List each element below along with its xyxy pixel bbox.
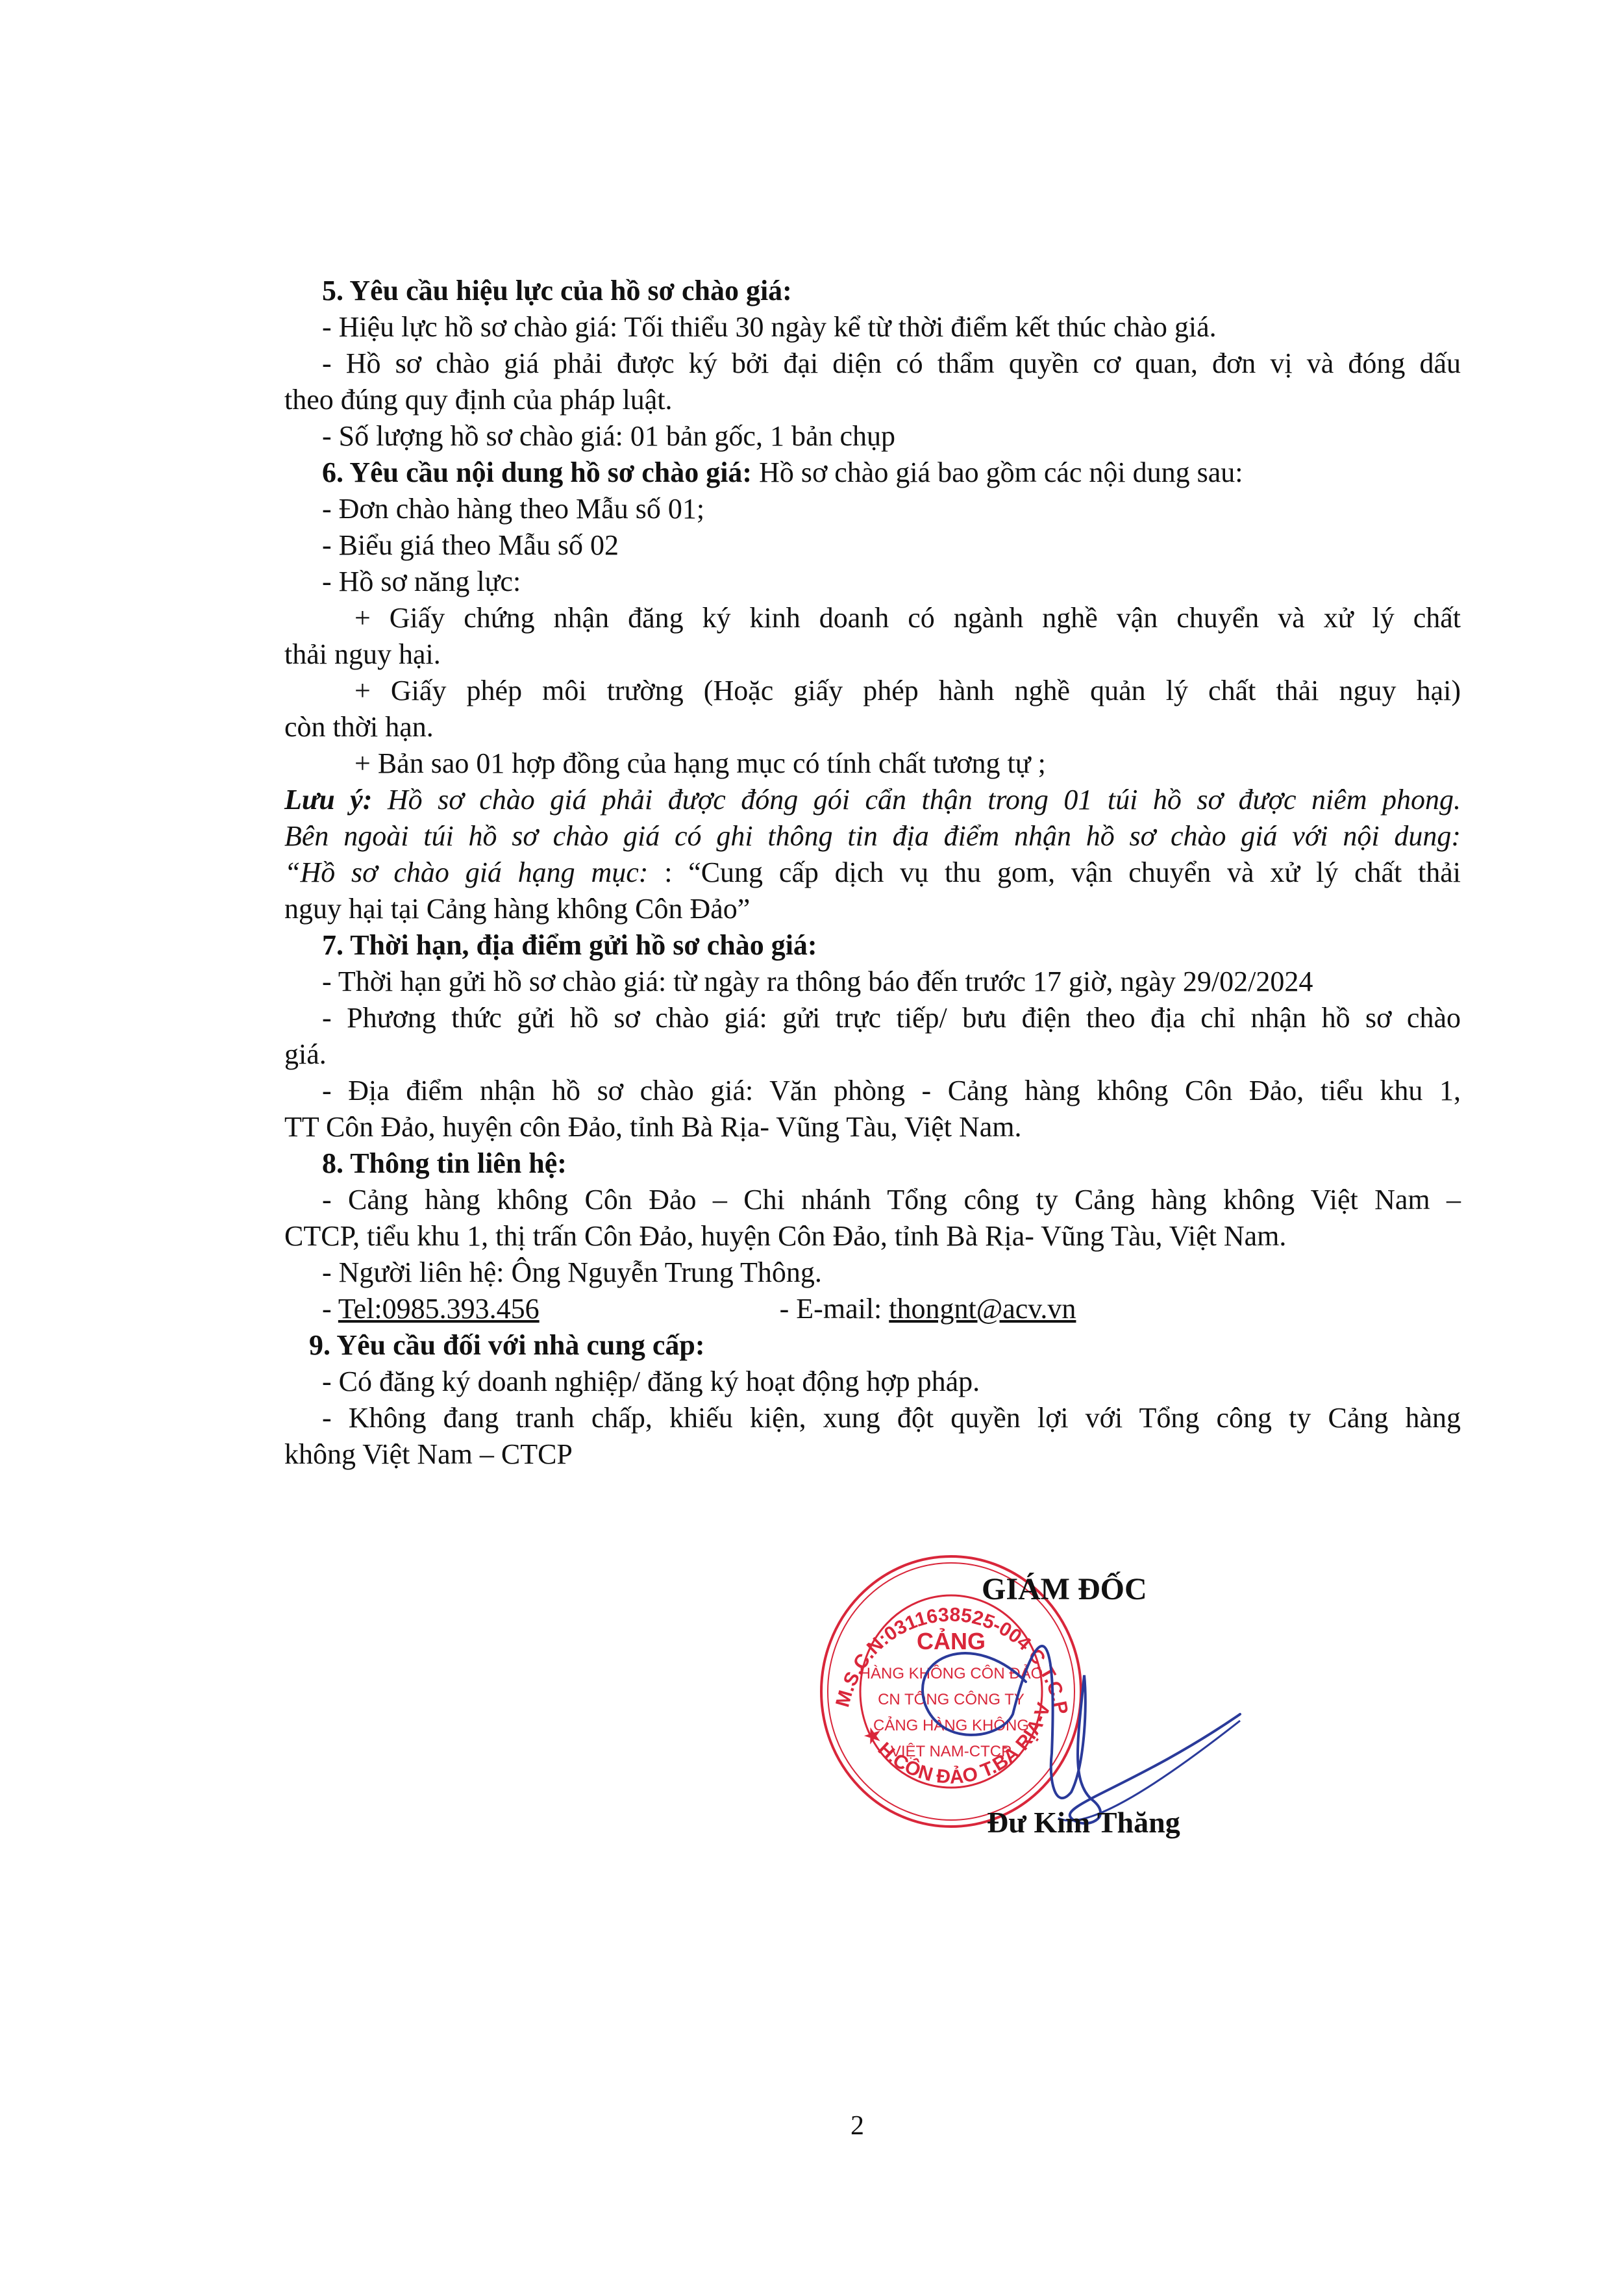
section-8-item: - Người liên hệ: Ông Nguyễn Trung Thông. (284, 1254, 1461, 1291)
email-prefix: - E-mail: (780, 1293, 889, 1325)
page-number: 2 (850, 2110, 864, 2141)
tel-link[interactable]: Tel:0985.393.456 (338, 1293, 540, 1325)
section-8-item: CTCP, tiểu khu 1, thị trấn Côn Đảo, huyệ… (284, 1218, 1461, 1254)
section-9-heading: 9. Yêu cầu đối với nhà cung cấp: (284, 1327, 1461, 1364)
section-5-item: theo đúng quy định của pháp luật. (284, 382, 1461, 418)
section-6-subitem: còn thời hạn. (284, 709, 1461, 745)
section-8-heading: 8. Thông tin liên hệ: (284, 1145, 1461, 1182)
section-7-heading: 7. Thời hạn, địa điểm gửi hồ sơ chào giá… (284, 927, 1461, 964)
tel-prefix: - (322, 1293, 338, 1325)
note-quote-label: “Hồ sơ chào giá hạng mục: (284, 856, 664, 888)
section-6-subitem: + Bản sao 01 hợp đồng của hạng mục có tí… (284, 745, 1461, 782)
note-text: Hồ sơ chào giá phải được đóng gói cẩn th… (372, 784, 1461, 816)
section-5-item: - Hiệu lực hồ sơ chào giá: Tối thiểu 30 … (284, 309, 1461, 345)
section-6-note: Bên ngoài túi hồ sơ chào giá có ghi thôn… (284, 818, 1461, 855)
section-6-heading-line: 6. Yêu cầu nội dung hồ sơ chào giá: Hồ s… (284, 455, 1461, 491)
section-6-item: - Đơn chào hàng theo Mẫu số 01; (284, 491, 1461, 527)
document-body: 5. Yêu cầu hiệu lực của hồ sơ chào giá: … (284, 273, 1461, 1473)
signatory-name: Đư Kim Thăng (987, 1805, 1180, 1840)
note-quote-text: : “Cung cấp dịch vụ thu gom, vận chuyển … (664, 856, 1461, 888)
contact-line: - Tel:0985.393.456- E-mail: thongnt@acv.… (284, 1291, 1461, 1327)
email-link[interactable]: thongnt@acv.vn (889, 1293, 1076, 1325)
section-6-note: “Hồ sơ chào giá hạng mục: : “Cung cấp dị… (284, 855, 1461, 891)
section-7-item: TT Côn Đảo, huyện côn Đảo, tỉnh Bà Rịa- … (284, 1109, 1461, 1145)
section-6-subitem: + Giấy phép môi trường (Hoặc giấy phép h… (284, 673, 1461, 709)
section-5-item: - Số lượng hồ sơ chào giá: 01 bản gốc, 1… (284, 418, 1461, 455)
section-6-item: - Hồ sơ năng lực: (284, 564, 1461, 600)
section-6-heading: 6. Yêu cầu nội dung hồ sơ chào giá: (322, 456, 752, 488)
section-7-item: - Thời hạn gửi hồ sơ chào giá: từ ngày r… (284, 964, 1461, 1000)
section-6-item: - Biểu giá theo Mẫu số 02 (284, 527, 1461, 564)
section-5-item: - Hồ sơ chào giá phải được ký bởi đại di… (284, 345, 1461, 382)
section-9-item: - Có đăng ký doanh nghiệp/ đăng ký hoạt … (284, 1364, 1461, 1400)
section-6-subitem: + Giấy chứng nhận đăng ký kinh doanh có … (284, 600, 1461, 636)
section-5-heading: 5. Yêu cầu hiệu lực của hồ sơ chào giá: (284, 273, 1461, 309)
section-8-item: - Cảng hàng không Côn Đảo – Chi nhánh Tổ… (284, 1182, 1461, 1218)
section-9-item: không Việt Nam – CTCP (284, 1436, 1461, 1473)
section-6-note: Lưu ý: Hồ sơ chào giá phải được đóng gói… (284, 782, 1461, 818)
signatory-title: GIÁM ĐỐC (982, 1571, 1147, 1607)
note-label: Lưu ý: (284, 784, 372, 816)
section-6-note: nguy hại tại Cảng hàng không Côn Đảo” (284, 891, 1461, 927)
section-6-heading-tail: Hồ sơ chào giá bao gồm các nội dung sau: (752, 456, 1243, 488)
section-7-item: - Phương thức gửi hồ sơ chào giá: gửi tr… (284, 1000, 1461, 1036)
signature-block: M.S.C.N:0311638525-004 C.T.C.P ★ H.CÔN Đ… (812, 1545, 1253, 1857)
section-6-subitem: thải nguy hại. (284, 636, 1461, 673)
section-7-item: - Địa điểm nhận hồ sơ chào giá: Văn phòn… (284, 1073, 1461, 1109)
section-7-item: giá. (284, 1036, 1461, 1073)
section-9-item: - Không đang tranh chấp, khiếu kiện, xun… (284, 1400, 1461, 1436)
